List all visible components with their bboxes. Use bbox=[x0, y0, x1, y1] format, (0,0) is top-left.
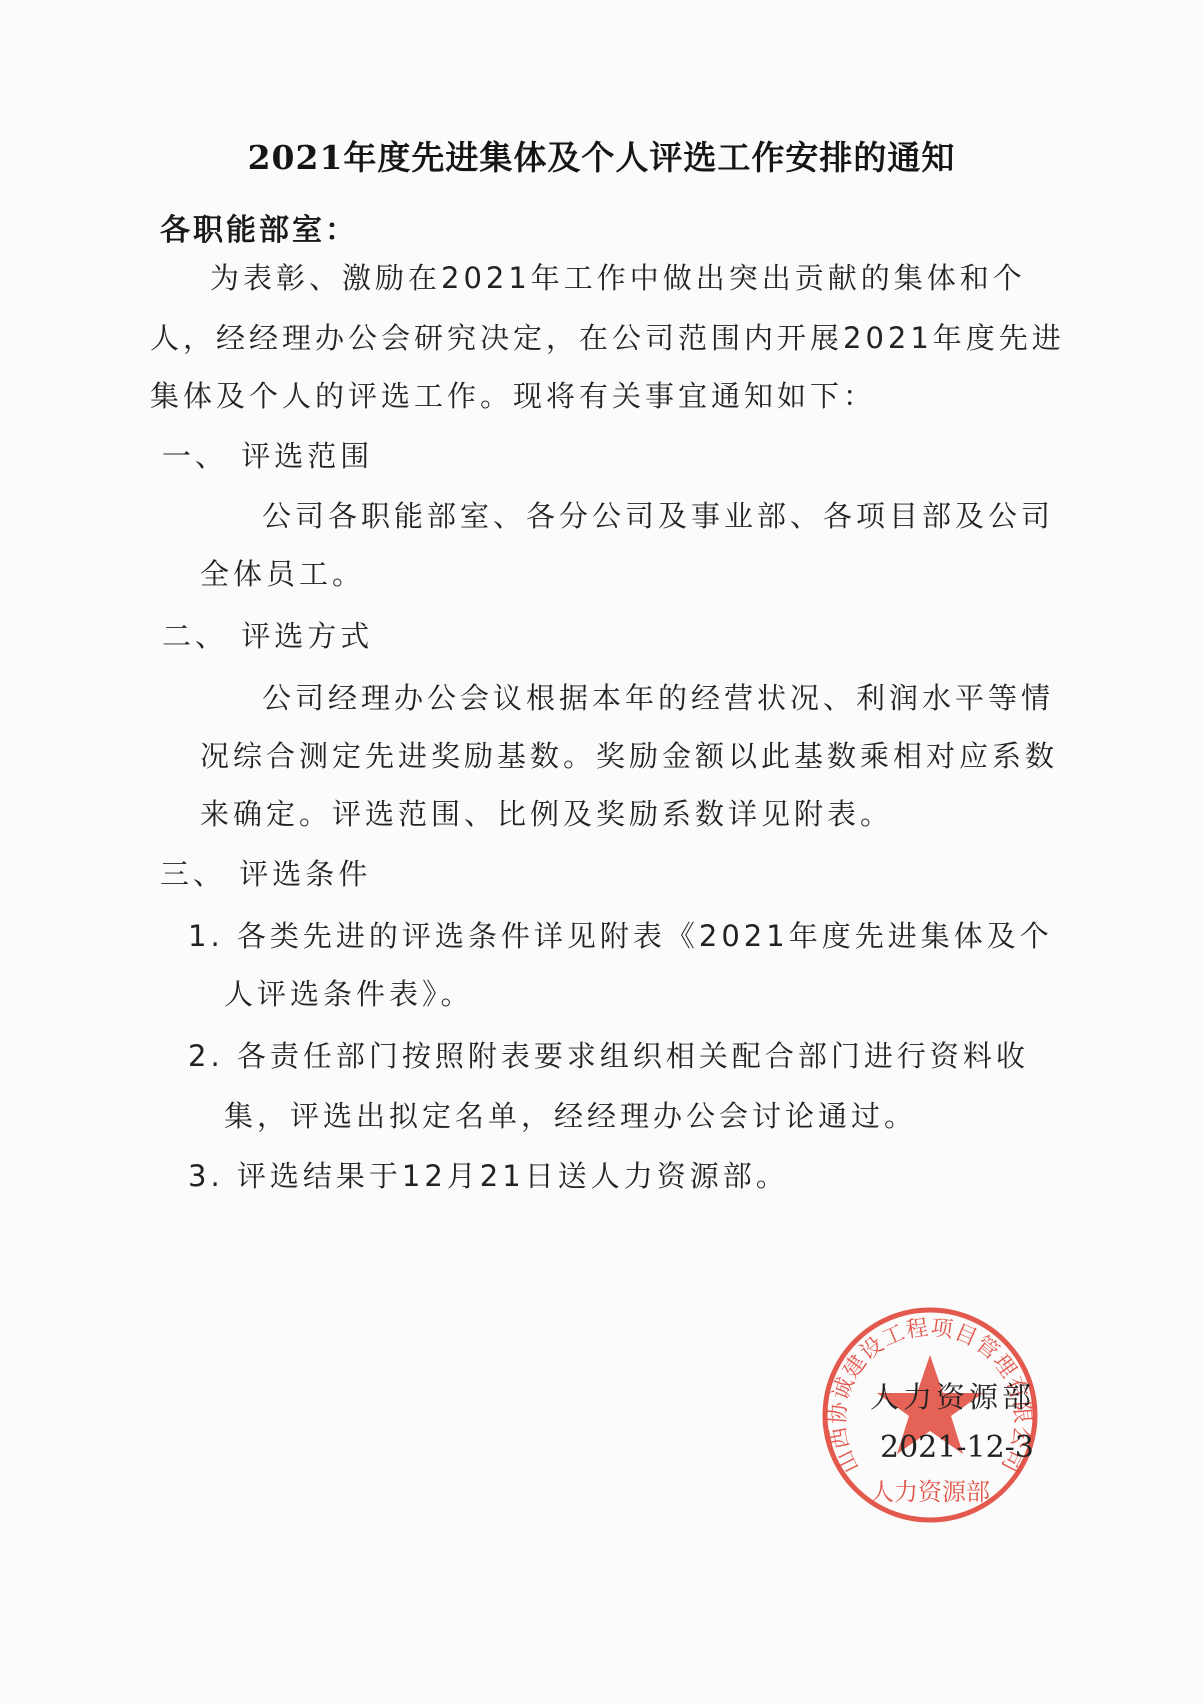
criteria-item-1-line-2: 人评选条件表》。 bbox=[224, 972, 474, 1013]
criteria-item-2-line-2: 集，评选出拟定名单，经经理办公会讨论通过。 bbox=[224, 1094, 917, 1135]
section-scope-line-2: 全体员工。 bbox=[200, 552, 365, 593]
signature-date: 2021-12-3 bbox=[880, 1430, 1034, 1465]
criteria-item-3-line-1: 3. 评选结果于12月21日送人力资源部。 bbox=[188, 1154, 789, 1195]
section-method-line-3: 来确定。评选范围、比例及奖励系数详见附表。 bbox=[200, 792, 893, 833]
signature-department: 人力资源部 bbox=[870, 1375, 1035, 1416]
document-page: 2021年度先进集体及个人评选工作安排的通知 各职能部室： 为表彰、激励在202… bbox=[0, 0, 1203, 1704]
section-heading-criteria: 三、 评选条件 bbox=[160, 852, 371, 893]
salutation: 各职能部室： bbox=[160, 205, 358, 249]
document-title: 2021年度先进集体及个人评选工作安排的通知 bbox=[0, 132, 1203, 179]
section-heading-method: 二、 评选方式 bbox=[162, 614, 373, 655]
section-method-line-1: 公司经理办公会议根据本年的经营状况、利润水平等情 bbox=[262, 676, 1054, 717]
section-scope-line-1: 公司各职能部室、各分公司及事业部、各项目部及公司 bbox=[262, 494, 1054, 535]
intro-line-1: 为表彰、激励在2021年工作中做出突出贡献的集体和个 bbox=[210, 256, 1026, 297]
intro-line-2: 人，经经理办公会研究决定，在公司范围内开展2021年度先进 bbox=[150, 316, 1065, 357]
seal-bottom-text: 人力资源部 bbox=[870, 1478, 990, 1506]
criteria-item-1-line-1: 1. 各类先进的评选条件详见附表《2021年度先进集体及个 bbox=[188, 914, 1053, 955]
section-heading-scope: 一、 评选范围 bbox=[162, 434, 373, 475]
section-method-line-2: 况综合测定先进奖励基数。奖励金额以此基数乘相对应系数 bbox=[200, 734, 1058, 775]
intro-line-3: 集体及个人的评选工作。现将有关事宜通知如下： bbox=[150, 374, 876, 415]
criteria-item-2-line-1: 2. 各责任部门按照附表要求组织相关配合部门进行资料收 bbox=[188, 1034, 1029, 1075]
